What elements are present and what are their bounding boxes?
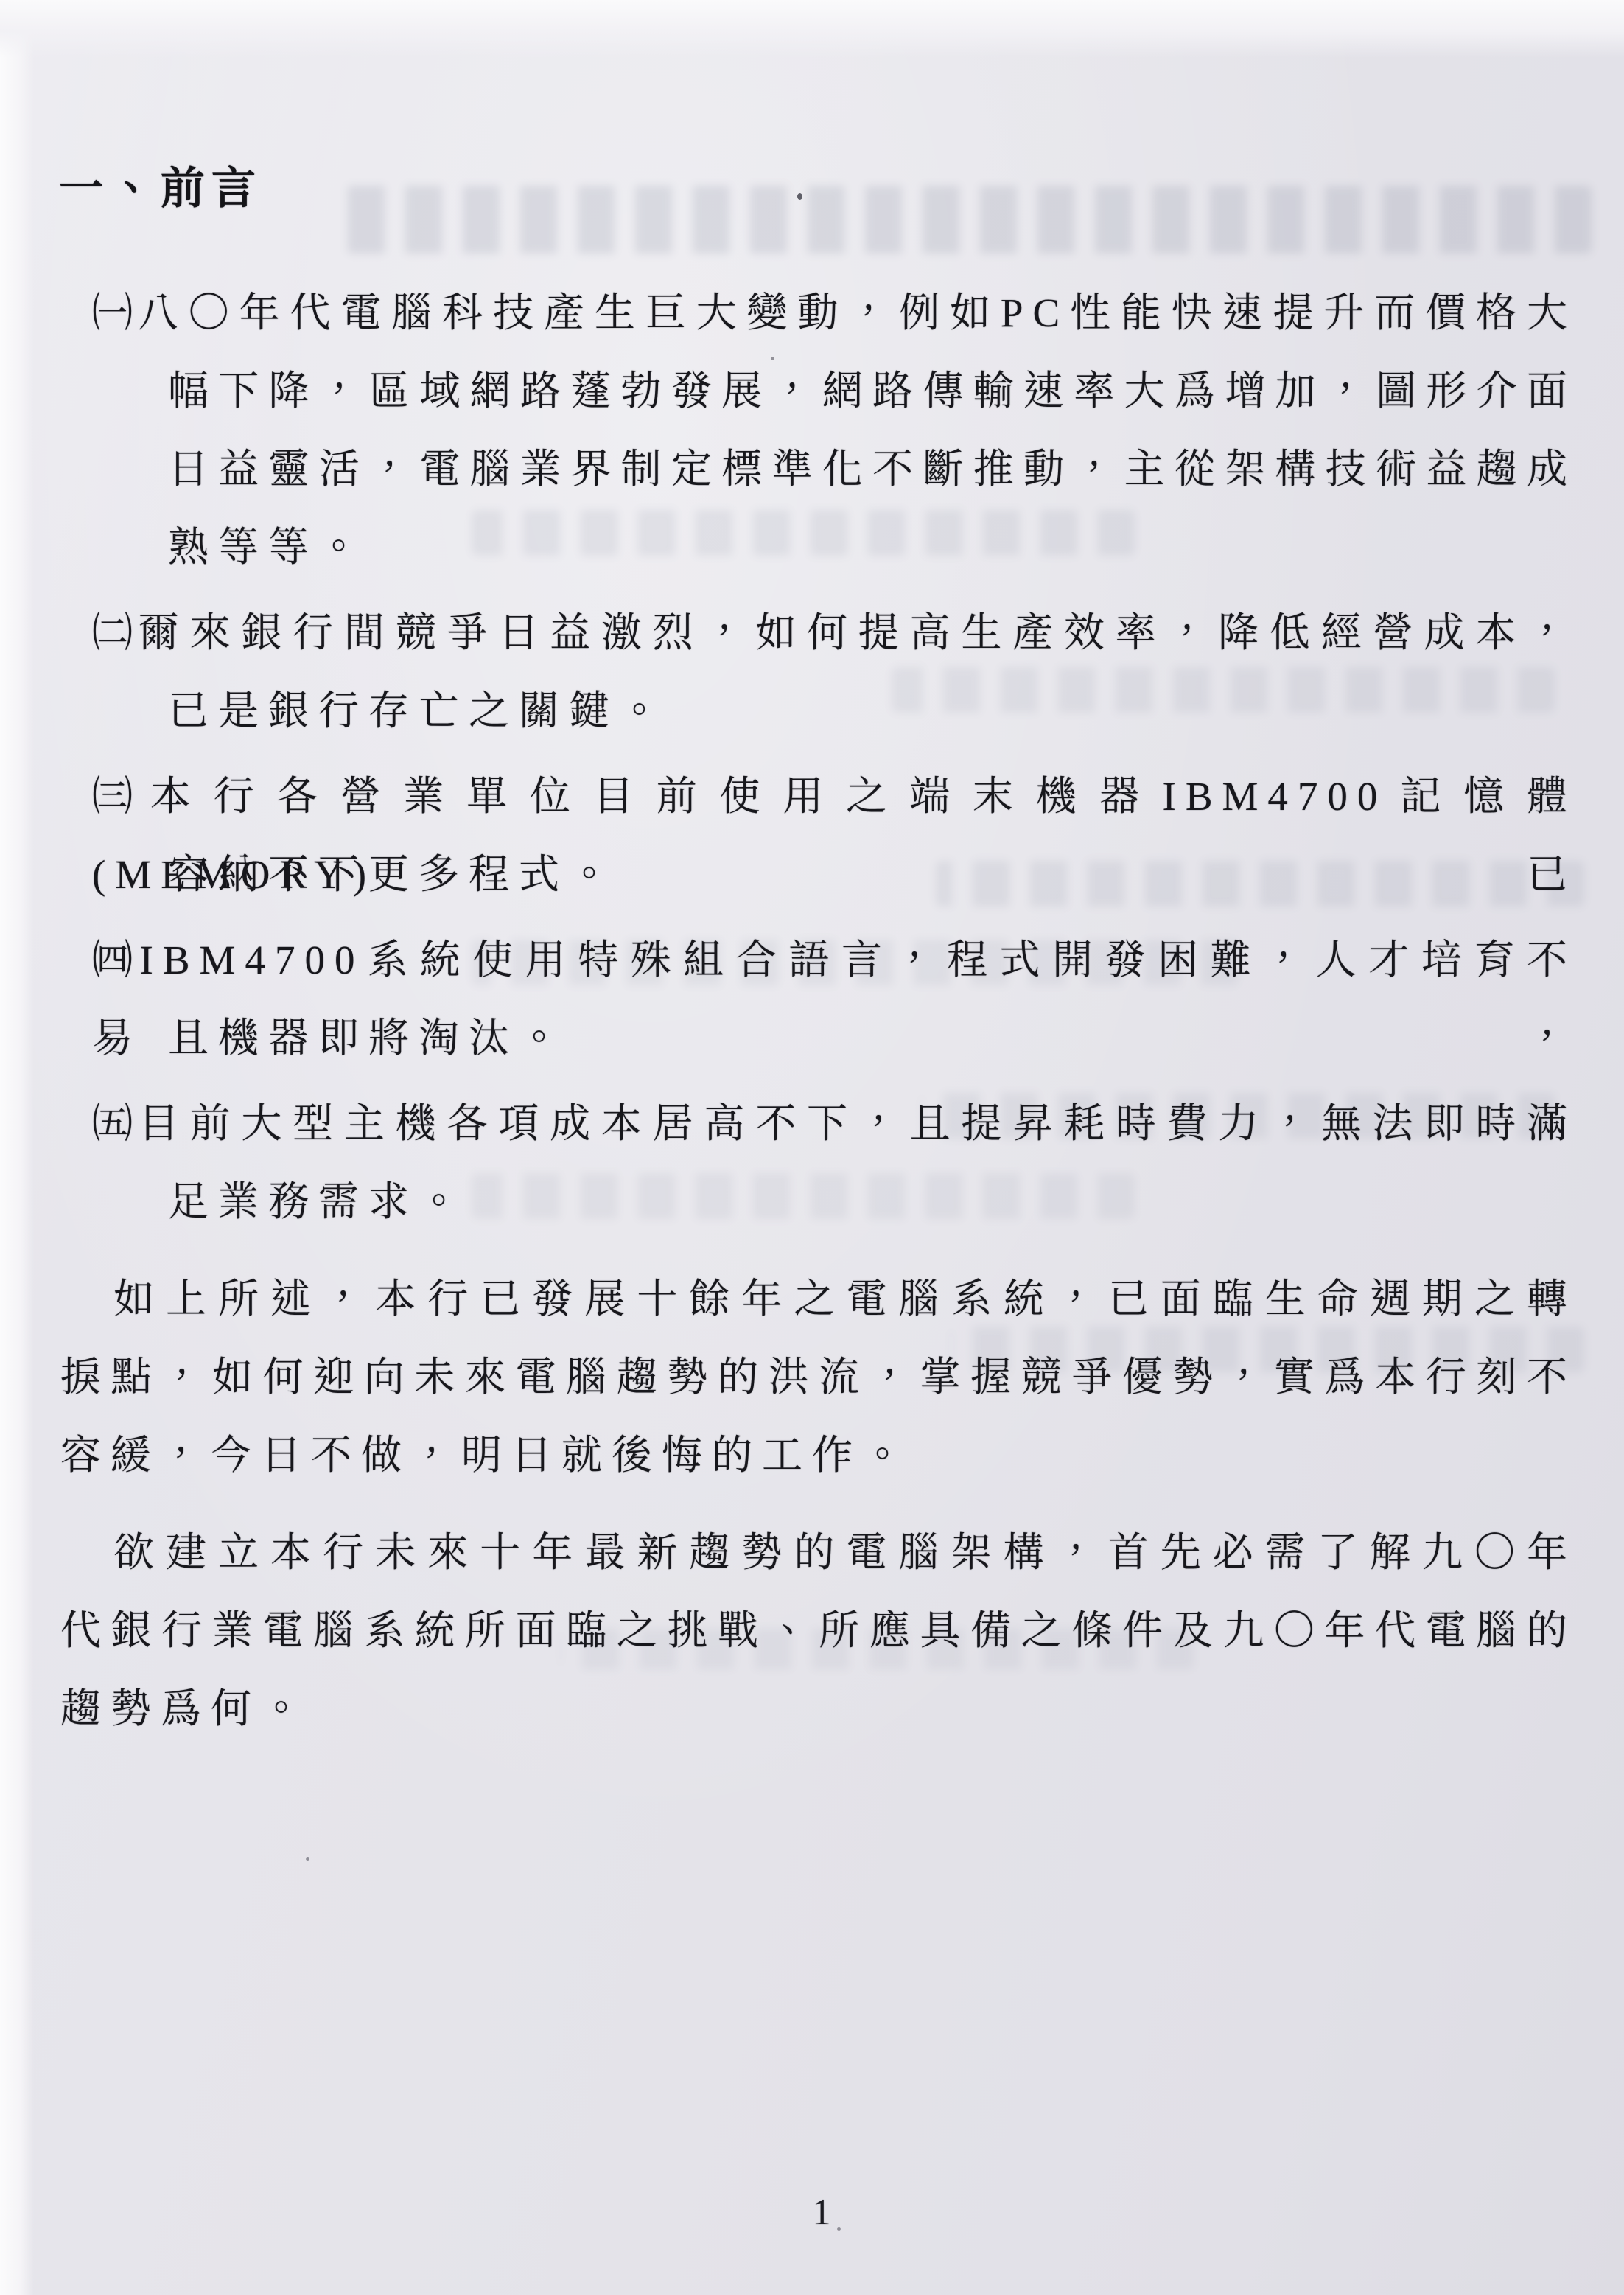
item-number-marker: ㈢ <box>92 774 147 819</box>
text-line: 已是銀行存亡之關鍵。 <box>60 672 1577 750</box>
scan-edge-top <box>0 0 1624 57</box>
text-line: 日益靈活，電腦業界制定標準化不斷推動，主從架構技術益趨成 <box>60 430 1577 509</box>
text-line: ㈡爾來銀行間競爭日益激烈，如何提高生產效率，降低經營成本， <box>60 594 1577 672</box>
text-flow: ㈠八〇年代電腦科技產生巨大變動，例如PC性能快速提升而價格大幅下降，區域網路蓬勃… <box>60 274 1577 1748</box>
text-line: 幅下降，區域網路蓬勃發展，網路傳輸速率大爲增加，圖形介面 <box>60 352 1577 430</box>
text-line: ㈤目前大型主機各項成本居高不下，且提昇耗時費力，無法即時滿 <box>60 1085 1577 1163</box>
text-line: 趨勢爲何。 <box>60 1670 1577 1748</box>
section-title: 一、前言 <box>59 165 262 212</box>
text-line: 如上所述，本行已發展十餘年之電腦系統，已面臨生命週期之轉 <box>60 1260 1577 1338</box>
dust-speck <box>797 193 802 200</box>
text-line: 捩點，如何迎向未來電腦趨勢的洪流，掌握競爭優勢，實爲本行刻不 <box>60 1338 1577 1417</box>
scan-edge-left <box>0 0 34 2295</box>
item-number-marker: ㈤ <box>92 1101 136 1146</box>
page-number: 1 <box>0 2190 1624 2233</box>
text-line: 代銀行業電腦系統所面臨之挑戰、所應具備之條件及九〇年代電腦的 <box>60 1592 1577 1670</box>
item-number-marker: ㈣ <box>92 937 137 982</box>
item-number-marker: ㈡ <box>92 610 136 655</box>
text-line: 足業務需求。 <box>60 1163 1577 1241</box>
text-line: ㈠八〇年代電腦科技產生巨大變動，例如PC性能快速提升而價格大 <box>60 274 1577 352</box>
text-line: ㈢本行各營業單位目前使用之端末機器IBM4700記憶體(MEMORY)已 <box>60 758 1577 836</box>
item-number-marker: ㈠ <box>92 290 135 335</box>
dust-speck <box>306 1857 309 1861</box>
text-line: 欲建立本行未來十年最新趨勢的電腦架構，首先必需了解九〇年 <box>60 1514 1577 1592</box>
bleedthrough-artifact <box>346 186 1592 254</box>
text-line: 熟等等。 <box>60 509 1577 587</box>
text-line: ㈣IBM4700系統使用特殊組合語言，程式開發困難，人才培育不易， <box>60 921 1577 999</box>
scanned-document-page: 一、前言 ㈠八〇年代電腦科技產生巨大變動，例如PC性能快速提升而價格大幅下降，區… <box>0 0 1624 2295</box>
text-line: 容緩，今日不做，明日就後悔的工作。 <box>60 1417 1577 1495</box>
